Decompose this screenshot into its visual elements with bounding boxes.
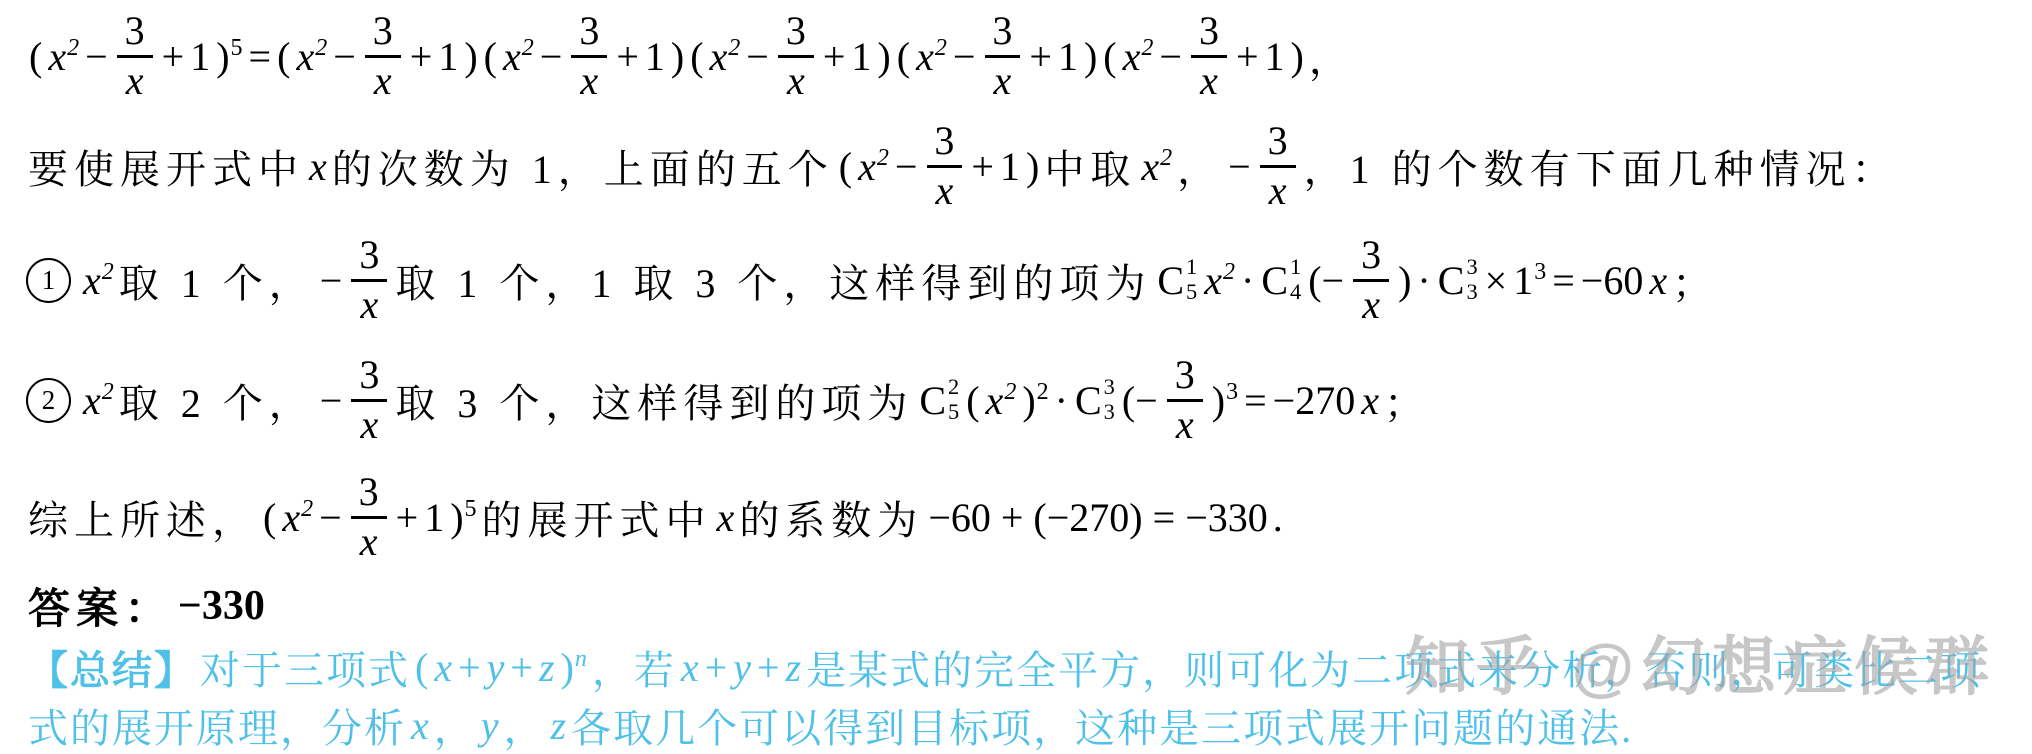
math-token: x2 (83, 377, 114, 424)
binomial-scripts: 14 (1290, 254, 1301, 304)
math-token: ( (1103, 33, 1116, 80)
superscript: 2 (1223, 259, 1235, 285)
text-run: 的次数为 1，上面的五个 (332, 138, 834, 195)
fraction: 3x (1190, 11, 1228, 101)
fraction-denominator: x (351, 399, 387, 445)
math-token: + (705, 644, 728, 691)
math-token: x (717, 494, 735, 541)
math-token: = (1552, 257, 1575, 304)
binomial-scripts: 15 (1186, 254, 1197, 304)
superscript: n (575, 646, 587, 672)
binomial-scripts: 25 (948, 374, 959, 424)
math-token: ( (966, 377, 979, 424)
text-run: 【总结】 (28, 639, 196, 696)
math-token: ) (1398, 257, 1411, 304)
math-token: + (971, 143, 994, 190)
math-token: x2 (1204, 257, 1235, 304)
math-token: x2 (83, 257, 114, 304)
math-token: · (1417, 257, 1430, 304)
fraction-numerator: 3 (350, 355, 388, 399)
text-run: 取 1 个， (119, 252, 315, 309)
fraction-numerator: 3 (364, 11, 402, 55)
fraction-denominator: x (1191, 55, 1227, 101)
math-token: + (458, 644, 481, 691)
math-token: − (953, 33, 976, 80)
math-token: − (746, 33, 769, 80)
math-token: ( (263, 494, 276, 541)
math-token: z (786, 644, 802, 691)
text-run: ， (1177, 138, 1223, 195)
text-run: 要使展开式中 (28, 138, 304, 195)
math-token: + (616, 33, 639, 80)
fraction-numerator: 3 (116, 11, 154, 55)
fraction: 3x (1259, 121, 1297, 211)
binomial-scripts: 33 (1466, 254, 1477, 304)
binomial-coefficient-symbol: C33 (1075, 375, 1115, 425)
binomial-lower-index: 5 (1186, 279, 1197, 304)
math-token: −330 (178, 582, 265, 630)
superscript: 2 (315, 35, 327, 61)
math-token: −60 (1581, 257, 1644, 304)
superscript: 2 (301, 496, 313, 522)
superscript: 2 (1004, 379, 1016, 405)
math-token: )n (561, 644, 587, 691)
math-token: x (681, 644, 699, 691)
fraction-numerator: 3 (925, 121, 963, 165)
text-run: 取 1 个，1 取 3 个，这样得到的项为 (395, 252, 1151, 309)
math-token: − (1159, 33, 1182, 80)
math-token: x2 (986, 377, 1017, 424)
superscript: 2 (67, 35, 79, 61)
fraction: 3x (983, 11, 1021, 101)
math-token: y (481, 702, 499, 749)
watermark: 知乎 @幻想症候群 (1405, 616, 1996, 708)
math-token: 1 (851, 33, 871, 80)
math-token: + (396, 494, 419, 541)
fraction: 3x (116, 11, 154, 101)
fraction-numerator: 3 (350, 472, 388, 516)
superscript: 2 (877, 145, 889, 171)
math-token: ( (29, 33, 42, 80)
binomial-lower-index: 5 (948, 399, 959, 424)
math-token: −60 + (−270) = −330 (928, 494, 1267, 541)
fraction: 3x (570, 11, 608, 101)
text-run: ； (1384, 372, 1430, 429)
text-run: 答案： (28, 576, 173, 636)
math-token: y (733, 644, 751, 691)
math-token: · (1055, 377, 1068, 424)
math-token: ( (839, 143, 852, 190)
math-token: − (320, 257, 343, 304)
math-token: + (1236, 33, 1259, 80)
math-solution-document: (x2−3x+1)5=(x2−3x+1)(x2−3x+1)(x2−3x+1)(x… (0, 0, 2032, 754)
fraction-denominator: x (1167, 399, 1203, 445)
math-token: = (249, 33, 272, 80)
superscript: 2 (102, 379, 114, 405)
math-token: × (1485, 257, 1508, 304)
math-token: (− (1122, 377, 1158, 424)
math-token: (− (1308, 257, 1344, 304)
binomial-upper-index: 1 (1290, 254, 1301, 279)
fraction-numerator: 3 (1190, 11, 1228, 55)
math-token: x2 (858, 143, 889, 190)
math-token: x (411, 702, 429, 749)
superscript: 5 (465, 496, 477, 522)
line-case-2: 2x2取 2 个，−3x取 3 个，这样得到的项为C25(x2)2·C33(−3… (26, 340, 2032, 460)
fraction-numerator: 3 (570, 11, 608, 55)
math-token: −270 (1273, 377, 1356, 424)
fraction-denominator: x (1260, 165, 1296, 211)
math-token: + (410, 33, 433, 80)
math-token: )5 (216, 33, 242, 80)
math-token: 1 (1265, 33, 1285, 80)
fraction: 3x (350, 355, 388, 445)
fraction-numerator: 3 (777, 11, 815, 55)
math-token: x (434, 644, 452, 691)
math-token: )3 (1212, 377, 1238, 424)
binomial-coefficient-symbol: C33 (1438, 255, 1478, 305)
fraction-denominator: x (927, 165, 963, 211)
fraction: 3x (1352, 235, 1390, 325)
line-expansion-formula: (x2−3x+1)5=(x2−3x+1)(x2−3x+1)(x2−3x+1)(x… (26, 0, 2032, 112)
fraction: 3x (1166, 355, 1204, 445)
superscript: 5 (231, 35, 243, 61)
text-run: ， (1309, 28, 1355, 85)
circled-number: 2 (26, 378, 71, 423)
math-token: · (1241, 257, 1254, 304)
math-token: ( (484, 33, 497, 80)
fraction: 3x (350, 472, 388, 562)
math-token: 1 (645, 33, 665, 80)
fraction: 3x (364, 11, 402, 101)
math-token: x2 (710, 33, 741, 80)
binomial-lower-index: 3 (1466, 279, 1477, 304)
fraction-numerator: 3 (350, 235, 388, 279)
superscript: 2 (102, 259, 114, 285)
line-conclusion: 综上所述，(x2−3x+1)5的展开式中x的系数为−60 + (−270) = … (26, 460, 2032, 574)
math-token: x (1361, 377, 1379, 424)
math-token: 1 (424, 494, 444, 541)
fraction-numerator: 3 (1352, 235, 1390, 279)
binomial-coefficient-symbol: C15 (1157, 255, 1197, 305)
line-case-1: 1x2取 1 个，−3x取 1 个，1 取 3 个，这样得到的项为C15x2·C… (26, 220, 2032, 340)
fraction: 3x (925, 121, 963, 211)
math-token: + (823, 33, 846, 80)
math-token: ( (277, 33, 290, 80)
fraction-denominator: x (1353, 279, 1389, 325)
fraction-denominator: x (571, 55, 607, 101)
math-token: ) (1291, 33, 1304, 80)
math-token: x (1649, 257, 1667, 304)
math-token: x2 (916, 33, 947, 80)
binomial-coefficient-symbol: C25 (919, 375, 959, 425)
superscript: 2 (1037, 379, 1049, 405)
fraction-numerator: 3 (1166, 355, 1204, 399)
fraction: 3x (350, 235, 388, 325)
superscript: 2 (522, 35, 534, 61)
math-token: x2 (282, 494, 313, 541)
superscript: 2 (728, 35, 740, 61)
text-run: ，1 的个数有下面几种情况： (1304, 138, 1898, 195)
text-run: 的系数为 (739, 489, 923, 546)
math-token: x2 (48, 33, 79, 80)
fraction-numerator: 3 (983, 11, 1021, 55)
math-token: y (487, 644, 505, 691)
superscript: 3 (1226, 379, 1238, 405)
binomial-lower-index: 4 (1290, 279, 1301, 304)
text-run: ， (434, 697, 476, 754)
text-run: 综上所述， (28, 489, 258, 546)
fraction-denominator: x (365, 55, 401, 101)
math-token: − (85, 33, 108, 80)
math-token: z (551, 702, 567, 749)
circled-number: 1 (26, 258, 71, 303)
binomial-coefficient-symbol: C14 (1261, 255, 1301, 305)
math-token: 13 (1513, 257, 1546, 304)
math-token: ( (690, 33, 703, 80)
math-token: ) (877, 33, 890, 80)
text-run: 对于三项式 (200, 639, 410, 696)
math-token: )2 (1022, 377, 1048, 424)
superscript: 3 (1534, 259, 1546, 285)
text-run: ， (504, 697, 546, 754)
superscript: 2 (1141, 35, 1153, 61)
fraction-denominator: x (778, 55, 814, 101)
superscript: 2 (1160, 145, 1172, 171)
math-token: x2 (1123, 33, 1154, 80)
math-token: − (320, 377, 343, 424)
fraction-denominator: x (117, 55, 153, 101)
math-token: x2 (296, 33, 327, 80)
text-run: 的展开式中 (482, 489, 712, 546)
binomial-upper-index: 1 (1186, 254, 1197, 279)
text-run: 取 3 个，这样得到的项为 (395, 372, 913, 429)
text-run: 取 2 个， (119, 372, 315, 429)
math-token: 1 (190, 33, 210, 80)
superscript: 2 (935, 35, 947, 61)
binomial-upper-index: 3 (1104, 374, 1115, 399)
math-token: − (333, 33, 356, 80)
math-token: + (757, 644, 780, 691)
math-token: 1 (1058, 33, 1078, 80)
math-token: ) (671, 33, 684, 80)
math-token: z (539, 644, 555, 691)
math-token: ( (415, 644, 428, 691)
text-run: ，若 (592, 639, 676, 696)
math-token: − (540, 33, 563, 80)
binomial-upper-index: 3 (1466, 254, 1477, 279)
text-run: 中取 (1044, 138, 1136, 195)
math-token: )5 (450, 494, 476, 541)
math-token: + (1029, 33, 1052, 80)
binomial-lower-index: 3 (1104, 399, 1115, 424)
math-token: x (309, 143, 327, 190)
text-run: 式的展开原理，分析 (28, 697, 406, 754)
math-token: + (510, 644, 533, 691)
fraction-numerator: 3 (1259, 121, 1297, 165)
math-token: 1 (1000, 143, 1020, 190)
math-token: x2 (1141, 143, 1172, 190)
fraction-denominator: x (351, 279, 387, 325)
fraction-denominator: x (351, 516, 387, 562)
math-token: 1 (438, 33, 458, 80)
math-token: − (895, 143, 918, 190)
math-token: ) (1084, 33, 1097, 80)
binomial-scripts: 33 (1104, 374, 1115, 424)
math-token: − (1228, 143, 1251, 190)
text-run: . (1273, 494, 1289, 541)
math-token: = (1244, 377, 1267, 424)
math-token: ) (464, 33, 477, 80)
text-run: ； (1672, 252, 1718, 309)
line-condition-statement: 要使展开式中x的次数为 1，上面的五个(x2−3x+1)中取x2，−3x，1 的… (26, 112, 2032, 220)
binomial-upper-index: 2 (948, 374, 959, 399)
fraction-denominator: x (985, 55, 1021, 101)
math-token: ) (1026, 143, 1039, 190)
math-token: ( (897, 33, 910, 80)
fraction: 3x (777, 11, 815, 101)
math-token: x2 (503, 33, 534, 80)
math-token: + (162, 33, 185, 80)
math-token: − (319, 494, 342, 541)
